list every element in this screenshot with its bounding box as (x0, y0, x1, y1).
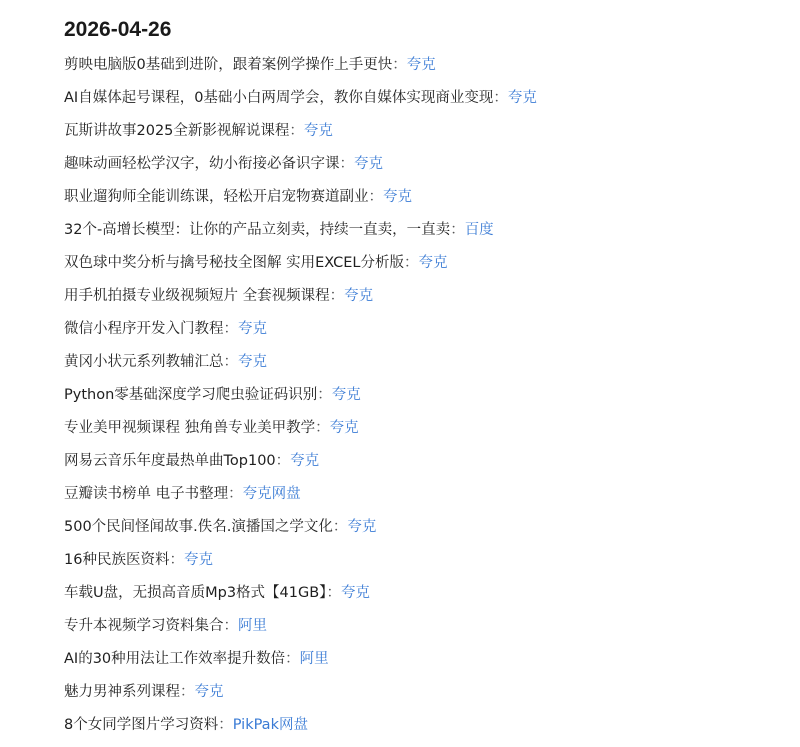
list-item: 黄冈小状元系列教辅汇总：夸克 (64, 346, 800, 379)
item-link[interactable]: 百度 (465, 222, 494, 238)
item-title: 500个民间怪闻故事.佚名.演播国之学文化 (64, 519, 333, 535)
item-link[interactable]: 夸克网盘 (243, 486, 301, 502)
list-item: 职业遛狗师全能训练课，轻松开启宠物赛道副业：夸克 (64, 181, 800, 214)
list-item: 剪映电脑版0基础到进阶，跟着案例学操作上手更快：夸克 (64, 49, 800, 82)
list-item: 16种民族医资料：夸克 (64, 544, 800, 577)
separator: ： (224, 321, 239, 337)
item-title: 豆瓣读书榜单 电子书整理 (64, 486, 228, 502)
item-link[interactable]: 夸克 (347, 519, 376, 535)
list-item: 专业美甲视频课程 独角兽专业美甲教学：夸克 (64, 412, 800, 445)
item-link[interactable]: 夸克 (508, 90, 537, 106)
item-link[interactable]: 夸克 (330, 420, 359, 436)
list-item: 微信小程序开发入门教程：夸克 (64, 313, 800, 346)
separator: ： (224, 354, 239, 370)
item-title: 16种民族医资料 (64, 552, 169, 568)
separator: ： (285, 651, 300, 667)
separator: ： (450, 222, 465, 238)
list-item: 豆瓣读书榜单 电子书整理：夸克网盘 (64, 478, 800, 511)
item-title: 专业美甲视频课程 独角兽专业美甲教学 (64, 420, 315, 436)
list-item: 趣味动画轻松学汉字，幼小衔接必备识字课：夸克 (64, 148, 800, 181)
item-link[interactable]: 夸克 (332, 387, 361, 403)
item-title: 瓦斯讲故事2025全新影视解说课程 (64, 123, 289, 139)
item-link[interactable]: 夸克 (419, 255, 448, 271)
item-title: 魅力男神系列课程 (64, 684, 180, 700)
separator: ： (404, 255, 419, 271)
item-link[interactable]: 夸克 (290, 453, 319, 469)
separator: ： (333, 519, 348, 535)
item-title: 剪映电脑版0基础到进阶，跟着案例学操作上手更快 (64, 57, 392, 73)
item-title: Python零基础深度学习爬虫验证码识别 (64, 387, 317, 403)
list-item: 魅力男神系列课程：夸克 (64, 676, 800, 709)
list-item: 8个女同学图片学习资料：PikPak网盘 (64, 709, 800, 742)
separator: ： (493, 90, 508, 106)
list-item: 双色球中奖分析与擒号秘技全图解 实用EXCEL分析版：夸克 (64, 247, 800, 280)
separator: ： (289, 123, 304, 139)
list-item: Python零基础深度学习爬虫验证码识别：夸克 (64, 379, 800, 412)
item-title: 趣味动画轻松学汉字，幼小衔接必备识字课 (64, 156, 340, 172)
item-link[interactable]: 夸克 (354, 156, 383, 172)
item-link[interactable]: PikPak网盘 (233, 717, 308, 733)
item-link[interactable]: 夸克 (407, 57, 436, 73)
item-title: 8个女同学图片学习资料 (64, 717, 218, 733)
item-link[interactable]: 夸克 (195, 684, 224, 700)
list-item: AI自媒体起号课程，0基础小白两周学会，教你自媒体实现商业变现：夸克 (64, 82, 800, 115)
item-title: 车载U盘，无损高音质Mp3格式【41GB】 (64, 585, 326, 601)
item-title: 专升本视频学习资料集合 (64, 618, 224, 634)
separator: ： (224, 618, 239, 634)
separator: ： (218, 717, 233, 733)
item-title: 32个-高增长模型：让你的产品立刻卖，持续一直卖，一直卖 (64, 222, 450, 238)
item-title: 黄冈小状元系列教辅汇总 (64, 354, 224, 370)
resource-list: 剪映电脑版0基础到进阶，跟着案例学操作上手更快：夸克 AI自媒体起号课程，0基础… (64, 49, 800, 742)
separator: ： (326, 585, 341, 601)
item-title: 用手机拍摄专业级视频短片 全套视频课程 (64, 288, 330, 304)
list-item: 瓦斯讲故事2025全新影视解说课程：夸克 (64, 115, 800, 148)
separator: ： (228, 486, 243, 502)
list-item: 车载U盘，无损高音质Mp3格式【41GB】：夸克 (64, 577, 800, 610)
separator: ： (315, 420, 330, 436)
item-title: 双色球中奖分析与擒号秘技全图解 实用EXCEL分析版 (64, 255, 404, 271)
item-link[interactable]: 夸克 (184, 552, 213, 568)
list-item: AI的30种用法让工作效率提升数倍：阿里 (64, 643, 800, 676)
list-item: 500个民间怪闻故事.佚名.演播国之学文化：夸克 (64, 511, 800, 544)
item-title: 职业遛狗师全能训练课，轻松开启宠物赛道副业 (64, 189, 369, 205)
list-item: 网易云音乐年度最热单曲Top100：夸克 (64, 445, 800, 478)
list-item: 用手机拍摄专业级视频短片 全套视频课程：夸克 (64, 280, 800, 313)
item-link[interactable]: 夸克 (238, 354, 267, 370)
item-title: 网易云音乐年度最热单曲Top100 (64, 453, 276, 469)
item-title: 微信小程序开发入门教程 (64, 321, 224, 337)
separator: ： (369, 189, 384, 205)
item-link[interactable]: 阿里 (300, 651, 329, 667)
item-title: AI的30种用法让工作效率提升数倍 (64, 651, 285, 667)
list-item: 专升本视频学习资料集合：阿里 (64, 610, 800, 643)
date-heading: 2026-04-26 (64, 16, 800, 44)
separator: ： (330, 288, 345, 304)
item-title: AI自媒体起号课程，0基础小白两周学会，教你自媒体实现商业变现 (64, 90, 493, 106)
separator: ： (169, 552, 184, 568)
separator: ： (180, 684, 195, 700)
item-link[interactable]: 夸克 (341, 585, 370, 601)
list-item: 32个-高增长模型：让你的产品立刻卖，持续一直卖，一直卖：百度 (64, 214, 800, 247)
separator: ： (392, 57, 407, 73)
separator: ： (340, 156, 355, 172)
item-link[interactable]: 夸克 (344, 288, 373, 304)
item-link[interactable]: 夸克 (238, 321, 267, 337)
item-link[interactable]: 阿里 (238, 618, 267, 634)
page: 2026-04-26 剪映电脑版0基础到进阶，跟着案例学操作上手更快：夸克 AI… (0, 0, 800, 742)
separator: ： (317, 387, 332, 403)
separator: ： (276, 453, 291, 469)
item-link[interactable]: 夸克 (383, 189, 412, 205)
item-link[interactable]: 夸克 (304, 123, 333, 139)
